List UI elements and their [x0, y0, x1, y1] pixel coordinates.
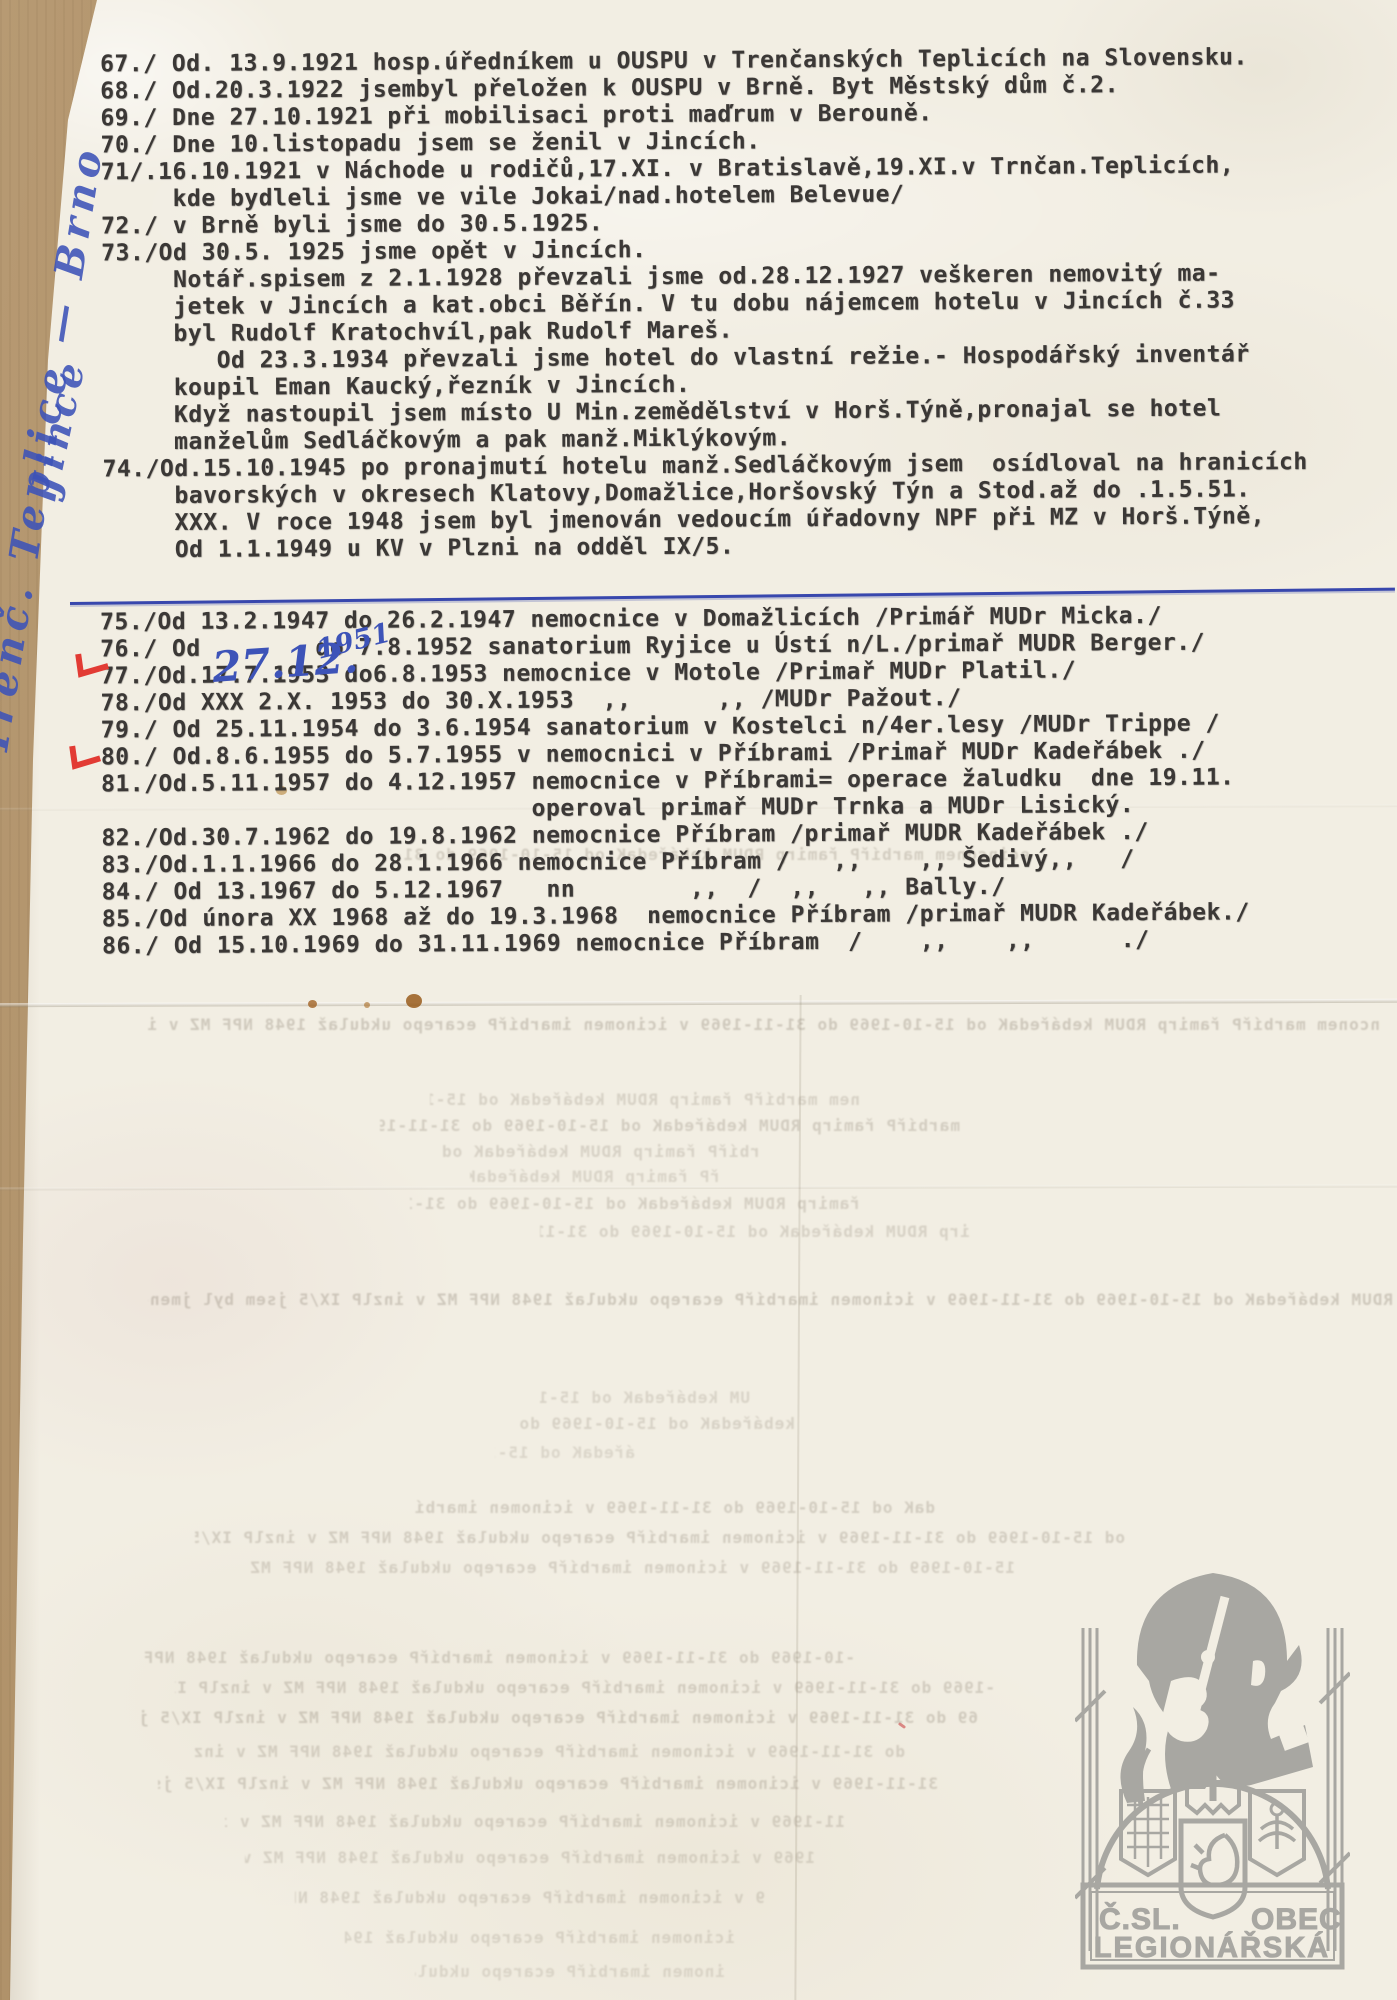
bleed-through-line: do 31-11-1969 v icinomen imarbířP ecarep… — [195, 1742, 905, 1761]
bleed-through-line: -10-1969 do 31-11-1969 v icinomen imarbí… — [145, 1648, 855, 1667]
watermark-text-csl: Č.SL. — [1099, 1902, 1181, 1936]
bleed-through-line: rbířP řamirp RDUM kebáředaK od 1 — [440, 1142, 760, 1161]
red-checkmark — [68, 742, 108, 774]
rust-spot — [406, 994, 422, 1008]
rust-spot — [364, 1002, 370, 1008]
shield-silesia-icon — [1250, 1791, 1304, 1875]
flame-icon — [1120, 1707, 1146, 1803]
legion-watermark: Č.SL. OBEC LEGIONÁŘSKÁ — [1075, 1553, 1350, 1977]
bleed-through-line: RDUM kebáředaK od 15-10-1969 do 31-11-19… — [148, 1290, 1393, 1309]
bleed-through-line: irp RDUM kebáředaK od 15-10-1969 do 31-1… — [540, 1222, 970, 1241]
bleed-through-line: od 15-10-1969 do 31-11-1969 v icinomen i… — [195, 1528, 1125, 1547]
bleed-through-line: 31-11-1969 v icinomen imarbířP ecarepo u… — [158, 1774, 938, 1793]
bleed-through-line: áředaK od 15-1 — [495, 1443, 635, 1462]
bleed-through-line: 9 v icinomen imarbířP ecarepo ukdulaž 19… — [295, 1888, 765, 1907]
shield-moravia-icon — [1121, 1791, 1175, 1875]
watermark-text-legionarska: LEGIONÁŘSKÁ — [1094, 1930, 1330, 1964]
bleed-through-line: inomen imarbířP ecarepo ukdulaž — [415, 1962, 725, 1981]
bleed-through-line: UM kebáředaK od 15-10 — [540, 1388, 750, 1407]
rust-spot — [308, 1000, 317, 1008]
bleed-through-line: řP řamirp RDUM kebáředaK — [470, 1167, 720, 1186]
bleed-through-line: 11-1969 v icinomen imarbířP ecarepo ukdu… — [225, 1812, 845, 1831]
soldier-helmet-icon — [1137, 1573, 1313, 1789]
bleed-through-line: nconem marbířP řamirp RDUM kebáředaK od … — [148, 1015, 1380, 1034]
typed-text-block-lower: 75./Od 13.2.1947 do 26.2.1947 nemocnice … — [0, 601, 1397, 961]
bleed-through-line: icinomen imarbířP ecarepo ukdulaž 1948 — [345, 1928, 735, 1947]
typed-text-block-upper: 67./ Od. 13.9.1921 hosp.úředníkem u OUSP… — [0, 43, 1397, 565]
legionnaire-emblem-icon: Č.SL. OBEC LEGIONÁŘSKÁ — [1075, 1553, 1350, 1977]
red-checkmark — [74, 650, 114, 682]
bleed-through-line: 1969 v icinomen imarbířP ecarepo ukdulaž… — [245, 1848, 815, 1867]
bleed-through-line: 15-10-1969 do 31-11-1969 v icinomen imar… — [245, 1558, 1015, 1577]
bleed-through-line: daK od 15-10-1969 do 31-11-1969 v icinom… — [415, 1498, 935, 1517]
shield-bohemia-icon — [1181, 1821, 1245, 1917]
bleed-through-line: nem marbířP řamirp RDUM kebáředaK od 15-… — [430, 1090, 860, 1109]
bleed-through-line: kebáředaK od 15-10-1969 do 3 — [515, 1414, 795, 1433]
bleed-through-line: -1969 do 31-11-1969 v icinomen imarbířP … — [175, 1678, 995, 1697]
bleed-through-line: marbířP řamirp RDUM kebáředaK od 15-10-1… — [380, 1116, 960, 1135]
bleed-through-line: řamirp RDUM kebáředaK od 15-10-1969 do 3… — [410, 1194, 860, 1213]
bleed-through-line: 69 do 31-11-1969 v icinomen imarbířP eca… — [138, 1708, 978, 1727]
